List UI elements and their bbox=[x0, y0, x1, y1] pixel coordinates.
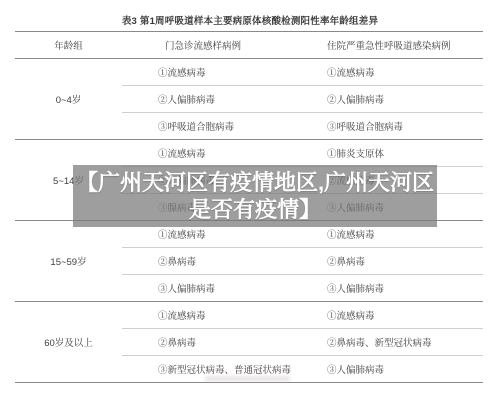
ili-rank-cell: ①流感病毒 bbox=[122, 146, 327, 160]
pathogen-subrow: ①流感病毒①流感病毒 bbox=[122, 302, 483, 328]
table-title: 表3 第1周呼吸道样本主要病原体核酸检测阳性率年龄组差异 bbox=[0, 13, 500, 27]
pathogen-subrow: ②鼻病毒②鼻病毒 bbox=[122, 247, 483, 274]
ili-rank-cell: ①流感病毒 bbox=[122, 227, 327, 241]
ili-rank-cell: ①流感病毒 bbox=[122, 65, 327, 79]
sari-rank-cell: ①流感病毒 bbox=[327, 308, 483, 322]
header-age-group: 年龄组 bbox=[15, 38, 122, 52]
pathogen-subrow: ③呼吸道合胞病毒③呼吸道合胞病毒 bbox=[122, 112, 483, 139]
sari-rank-cell: ①流感病毒 bbox=[327, 65, 483, 79]
sari-rank-cell: ③呼吸道合胞病毒 bbox=[327, 119, 483, 133]
age-group-label: 60岁及以上 bbox=[15, 302, 122, 382]
age-group-subrows: ①流感病毒①流感病毒②人偏肺病毒②人偏肺病毒③呼吸道合胞病毒③呼吸道合胞病毒 bbox=[122, 59, 483, 139]
ili-rank-cell: ③新型冠状病毒、普通冠状病毒 bbox=[122, 362, 327, 376]
sari-rank-cell: ③人偏肺病毒 bbox=[327, 281, 483, 295]
age-group-subrows: ①流感病毒①流感病毒②鼻病毒②鼻病毒③人偏肺病毒③人偏肺病毒 bbox=[122, 221, 483, 301]
ili-rank-cell: ①流感病毒 bbox=[122, 308, 327, 322]
page: 表3 第1周呼吸道样本主要病原体核酸检测阳性率年龄组差异 年龄组 门急诊流感样病… bbox=[0, 0, 500, 393]
sari-rank-cell: ③人偏肺病毒 bbox=[327, 362, 483, 376]
ili-rank-cell: ②鼻病毒 bbox=[122, 335, 327, 349]
sari-rank-cell: ①肺炎支原体 bbox=[327, 146, 483, 160]
age-group-row: 0~4岁①流感病毒①流感病毒②人偏肺病毒②人偏肺病毒③呼吸道合胞病毒③呼吸道合胞… bbox=[15, 59, 483, 140]
ili-rank-cell: ②人偏肺病毒 bbox=[122, 92, 327, 106]
ili-rank-cell: ③人偏肺病毒 bbox=[122, 281, 327, 295]
sari-rank-cell: ②鼻病毒、新型冠状病毒 bbox=[327, 335, 483, 349]
age-group-label: 15~59岁 bbox=[15, 221, 122, 301]
overlay-banner: 【广州天河区有疫情地区,广州天河区 是否有疫情】 bbox=[73, 165, 437, 227]
pathogen-subrow: ②鼻病毒②鼻病毒、新型冠状病毒 bbox=[122, 328, 483, 355]
overlay-headline-line2: 是否有疫情】 bbox=[189, 196, 321, 223]
ili-rank-cell: ③呼吸道合胞病毒 bbox=[122, 119, 327, 133]
header-hospitalized-sari: 住院严重急性呼吸道感染病例 bbox=[327, 38, 483, 52]
sari-rank-cell: ②鼻病毒 bbox=[327, 254, 483, 268]
pathogen-subrow: ①流感病毒①流感病毒 bbox=[122, 59, 483, 85]
age-group-label: 0~4岁 bbox=[15, 59, 122, 139]
sari-rank-cell: ①流感病毒 bbox=[327, 227, 483, 241]
age-group-row: 60岁及以上①流感病毒①流感病毒②鼻病毒②鼻病毒、新型冠状病毒③新型冠状病毒、普… bbox=[15, 302, 483, 383]
watermark-smudge bbox=[205, 376, 290, 381]
pathogen-subrow: ③人偏肺病毒③人偏肺病毒 bbox=[122, 274, 483, 301]
age-group-subrows: ①流感病毒①流感病毒②鼻病毒②鼻病毒、新型冠状病毒③新型冠状病毒、普通冠状病毒③… bbox=[122, 302, 483, 382]
header-outpatient-ili: 门急诊流感样病例 bbox=[122, 38, 327, 52]
age-group-row: 15~59岁①流感病毒①流感病毒②鼻病毒②鼻病毒③人偏肺病毒③人偏肺病毒 bbox=[15, 221, 483, 302]
overlay-headline-line1: 【广州天河区有疫情地区,广州天河区 bbox=[76, 169, 434, 196]
sari-rank-cell: ②人偏肺病毒 bbox=[327, 92, 483, 106]
pathogen-subrow: ②人偏肺病毒②人偏肺病毒 bbox=[122, 85, 483, 112]
pathogen-subrow: ③新型冠状病毒、普通冠状病毒③人偏肺病毒 bbox=[122, 355, 483, 382]
ili-rank-cell: ②鼻病毒 bbox=[122, 254, 327, 268]
table-header-row: 年龄组 门急诊流感样病例 住院严重急性呼吸道感染病例 bbox=[15, 32, 483, 59]
pathogen-subrow: ①流感病毒①肺炎支原体 bbox=[122, 140, 483, 166]
